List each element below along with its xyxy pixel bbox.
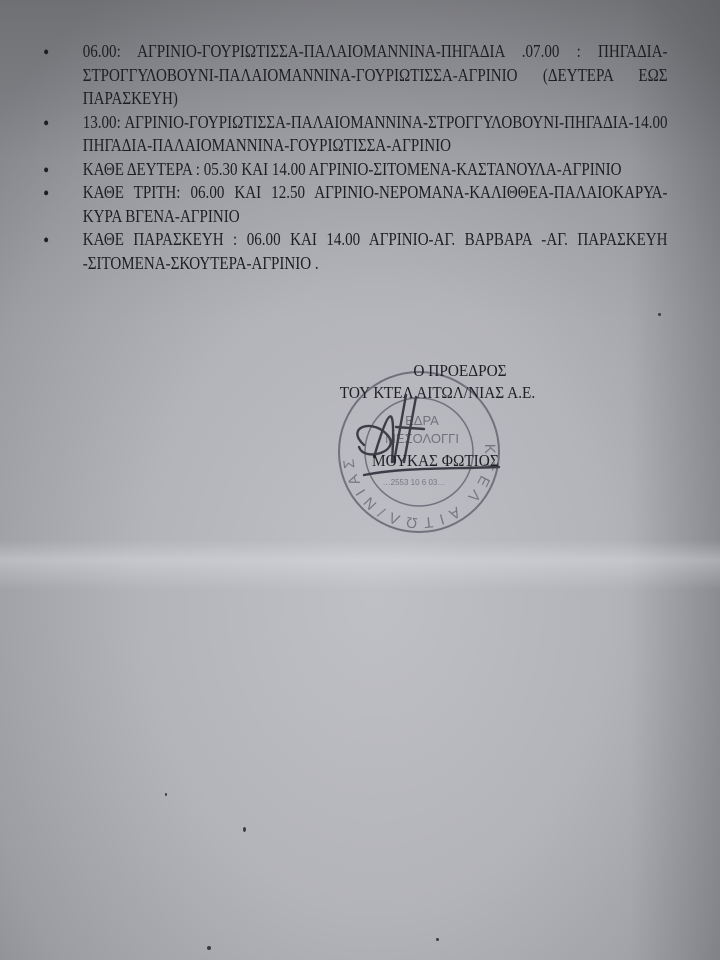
schedule-item: • ΚΑΘΕ ΔΕΥΤΕΡΑ : 05.30 ΚΑΙ 14.00 ΑΓΡΙΝΙΟ… (38, 158, 668, 182)
schedule-item: • ΚΑΘΕ ΤΡΙΤΗ: 06.00 ΚΑΙ 12.50 ΑΓΡΙΝΙΟ-ΝΕ… (38, 181, 668, 228)
schedule-item: • 13.00: ΑΓΡΙΝΙΟ-ΓΟΥΡΙΩΤΙΣΣΑ-ΠΑΛΑΙΟΜΑΝΝΙ… (38, 111, 668, 158)
bullet-icon: • (43, 42, 49, 66)
schedule-text: 13.00: ΑΓΡΙΝΙΟ-ΓΟΥΡΙΩΤΙΣΣΑ-ΠΑΛΑΙΟΜΑΝΝΙΝΑ… (83, 112, 668, 156)
schedule-text: ΚΑΘΕ ΤΡΙΤΗ: 06.00 ΚΑΙ 12.50 ΑΓΡΙΝΙΟ-ΝΕΡΟ… (83, 182, 668, 226)
stamp-number: …2553 10 6 03… (383, 478, 446, 487)
bullet-icon: • (43, 160, 49, 184)
signatory-name: ΜΟΥΚΑΣ ΦΩΤΙΟΣ (372, 451, 499, 471)
paper-speck (436, 938, 439, 941)
signatory-title: Ο ΠΡΟΕΔΡΟΣ (334, 360, 541, 382)
paper-speck (243, 827, 246, 832)
bullet-icon: • (43, 113, 49, 137)
schedule-text: ΚΑΘΕ ΔΕΥΤΕΡΑ : 05.30 ΚΑΙ 14.00 ΑΓΡΙΝΙΟ-Σ… (83, 159, 622, 179)
bullet-icon: • (43, 230, 49, 254)
schedule-item: • ΚΑΘΕ ΠΑΡΑΣΚΕΥΗ : 06.00 ΚΑΙ 14.00 ΑΓΡΙΝ… (38, 228, 668, 275)
schedule-item: • 06.00: ΑΓΡΙΝΙΟ-ΓΟΥΡΙΩΤΙΣΣΑ-ΠΑΛΑΙΟΜΑΝΝΙ… (38, 40, 668, 111)
paper-speck (658, 313, 661, 316)
paper-speck (165, 793, 167, 796)
bullet-icon: • (43, 183, 49, 207)
schedule-text: ΚΑΘΕ ΠΑΡΑΣΚΕΥΗ : 06.00 ΚΑΙ 14.00 ΑΓΡΙΝΙΟ… (83, 229, 668, 273)
paper-fold (0, 540, 720, 590)
signatory-organization: ΤΟΥ ΚΤΕΛ ΑΙΤΩΛ/ΝΙΑΣ Α.Ε. (334, 382, 541, 404)
schedule-text: 06.00: ΑΓΡΙΝΙΟ-ΓΟΥΡΙΩΤΙΣΣΑ-ΠΑΛΑΙΟΜΑΝΝΙΝΑ… (83, 41, 668, 108)
signature-block: Ο ΠΡΟΕΔΡΟΣ ΤΟΥ ΚΤΕΛ ΑΙΤΩΛ/ΝΙΑΣ Α.Ε. (334, 360, 541, 404)
bus-schedule-list: • 06.00: ΑΓΡΙΝΙΟ-ΓΟΥΡΙΩΤΙΣΣΑ-ΠΑΛΑΙΟΜΑΝΝΙ… (38, 40, 582, 275)
paper-speck (207, 946, 211, 950)
